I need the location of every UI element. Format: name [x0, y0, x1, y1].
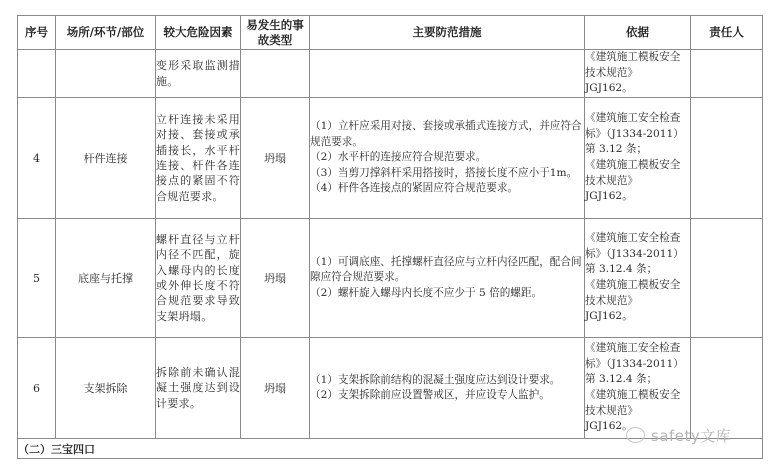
header-basis: 依据 — [585, 16, 691, 50]
cell-basis: 《建筑施工安全检查标》（J1334-2011） 第 3.12.4 条； 《建筑施… — [585, 338, 691, 439]
cell-responsible — [691, 50, 763, 98]
measure-item: （2）螺杆旋入螺母内长度不应少于 5 倍的螺距。 — [310, 286, 584, 301]
watermark-text: safety文库 — [651, 427, 731, 445]
table-row: 变形采取监测措施。 《建筑施工模板安全技术规范》 JGJ162。 — [18, 50, 763, 98]
cell-responsible — [691, 338, 763, 439]
measure-item: （1）可调底座、托撑螺杆直径应与立杆内径匹配，配合间隙应符合规范要求。 — [310, 255, 584, 286]
table-row: 5 底座与托撑 螺杆直径与立杆内径不匹配，旋入螺母内的长度或外伸长度不符合规范要… — [18, 219, 763, 338]
cell-accident-type — [241, 50, 310, 98]
basis-line: 《建筑施工安全检查标》（J1334-2011） — [585, 231, 690, 262]
cell-no: 6 — [18, 338, 56, 439]
cell-hazard: 螺杆直径与立杆内径不匹配，旋入螺母内的长度或外伸长度不符合规范要求导致支架坍塌。 — [156, 219, 241, 338]
watermark: safety文库 — [626, 425, 731, 446]
cell-location: 杆件连接 — [56, 98, 156, 219]
cell-measures: （1）可调底座、托撑螺杆直径应与立杆内径匹配，配合间隙应符合规范要求。 （2）螺… — [310, 219, 585, 338]
cell-no: 4 — [18, 98, 56, 219]
basis-line: 《建筑施工安全检查标》（J1334-2011） — [585, 341, 690, 372]
cell-location: 底座与托撑 — [56, 219, 156, 338]
basis-line: JGJ162。 — [585, 189, 690, 205]
measure-item: （1）立杆应采用对接、套接或承插式连接方式，并应符合规范要求。 — [310, 119, 584, 150]
cell-measures: （1）立杆应采用对接、套接或承插式连接方式，并应符合规范要求。 （2）水平杆的连… — [310, 98, 585, 219]
header-accident-type: 易发生的事 故类型 — [241, 16, 310, 50]
cell-responsible — [691, 219, 763, 338]
basis-line: 《建筑施工模板安全技术规范》 — [585, 278, 690, 309]
cell-hazard: 拆除前未确认混凝土强度达到设计要求。 — [156, 338, 241, 439]
basis-line: 第 3.12.4 条； — [585, 262, 690, 278]
basis-line: 第 3.12 条； — [585, 142, 690, 158]
measure-item: （3）当剪刀撑斜杆采用搭接时，搭接长度不应小于1m。 — [310, 166, 584, 181]
cell-hazard: 立杆连接未采用对接、套接或承插接长，水平杆连接、杆件各连接点的紧固不符合规范要求… — [156, 98, 241, 219]
cell-measures: （1）支架拆除前结构的混凝土强度应达到设计要求。 （2）支架拆除前应设置警戒区，… — [310, 338, 585, 439]
table-header-row: 序号 场所/环节/部位 较大危险因素 易发生的事 故类型 主要防范措施 依据 责… — [18, 16, 763, 50]
cell-no: 5 — [18, 219, 56, 338]
basis-line: 《建筑施工安全检查标》（J1334-2011） — [585, 111, 690, 142]
header-measures: 主要防范措施 — [310, 16, 585, 50]
basis-line: 《建筑施工模板安全技术规范》 — [585, 388, 690, 419]
basis-line: JGJ162。 — [585, 81, 690, 97]
cell-location — [56, 50, 156, 98]
cell-hazard: 变形采取监测措施。 — [156, 50, 241, 98]
cell-responsible — [691, 98, 763, 219]
header-responsible: 责任人 — [691, 16, 763, 50]
measure-item: （4）杆件各连接点的紧固应符合规范要求。 — [310, 181, 584, 196]
cell-basis: 《建筑施工安全检查标》（J1334-2011） 第 3.12 条； 《建筑施工模… — [585, 98, 691, 219]
cell-accident-type: 坍塌 — [241, 219, 310, 338]
table-row: 4 杆件连接 立杆连接未采用对接、套接或承插接长，水平杆连接、杆件各连接点的紧固… — [18, 98, 763, 219]
basis-line: 《建筑施工模板安全技术规范》 — [585, 158, 690, 189]
basis-line: 《建筑施工模板安全技术规范》 — [585, 50, 690, 81]
measure-item: （2）支架拆除前应设置警戒区，并应设专人监护。 — [310, 388, 584, 403]
basis-line: 第 3.12.4 条； — [585, 372, 690, 388]
basis-line: JGJ162。 — [585, 309, 690, 325]
header-accident-type-line-1: 易发生的事 — [241, 18, 309, 33]
cell-basis: 《建筑施工模板安全技术规范》 JGJ162。 — [585, 50, 691, 98]
safety-hazard-table: 序号 场所/环节/部位 较大危险因素 易发生的事 故类型 主要防范措施 依据 责… — [17, 15, 763, 459]
cell-basis: 《建筑施工安全检查标》（J1334-2011） 第 3.12.4 条； 《建筑施… — [585, 219, 691, 338]
wechat-icon — [626, 427, 645, 443]
cell-accident-type: 坍塌 — [241, 338, 310, 439]
cell-measures — [310, 50, 585, 98]
header-accident-type-line-2: 故类型 — [241, 33, 309, 48]
header-no: 序号 — [18, 16, 56, 50]
header-location: 场所/环节/部位 — [56, 16, 156, 50]
measure-item: （2）水平杆的连接应符合规范要求。 — [310, 150, 584, 165]
table-row: 6 支架拆除 拆除前未确认混凝土强度达到设计要求。 坍塌 （1）支架拆除前结构的… — [18, 338, 763, 439]
header-hazard: 较大危险因素 — [156, 16, 241, 50]
cell-accident-type: 坍塌 — [241, 98, 310, 219]
cell-no — [18, 50, 56, 98]
cell-location: 支架拆除 — [56, 338, 156, 439]
measure-item: （1）支架拆除前结构的混凝土强度应达到设计要求。 — [310, 373, 584, 388]
